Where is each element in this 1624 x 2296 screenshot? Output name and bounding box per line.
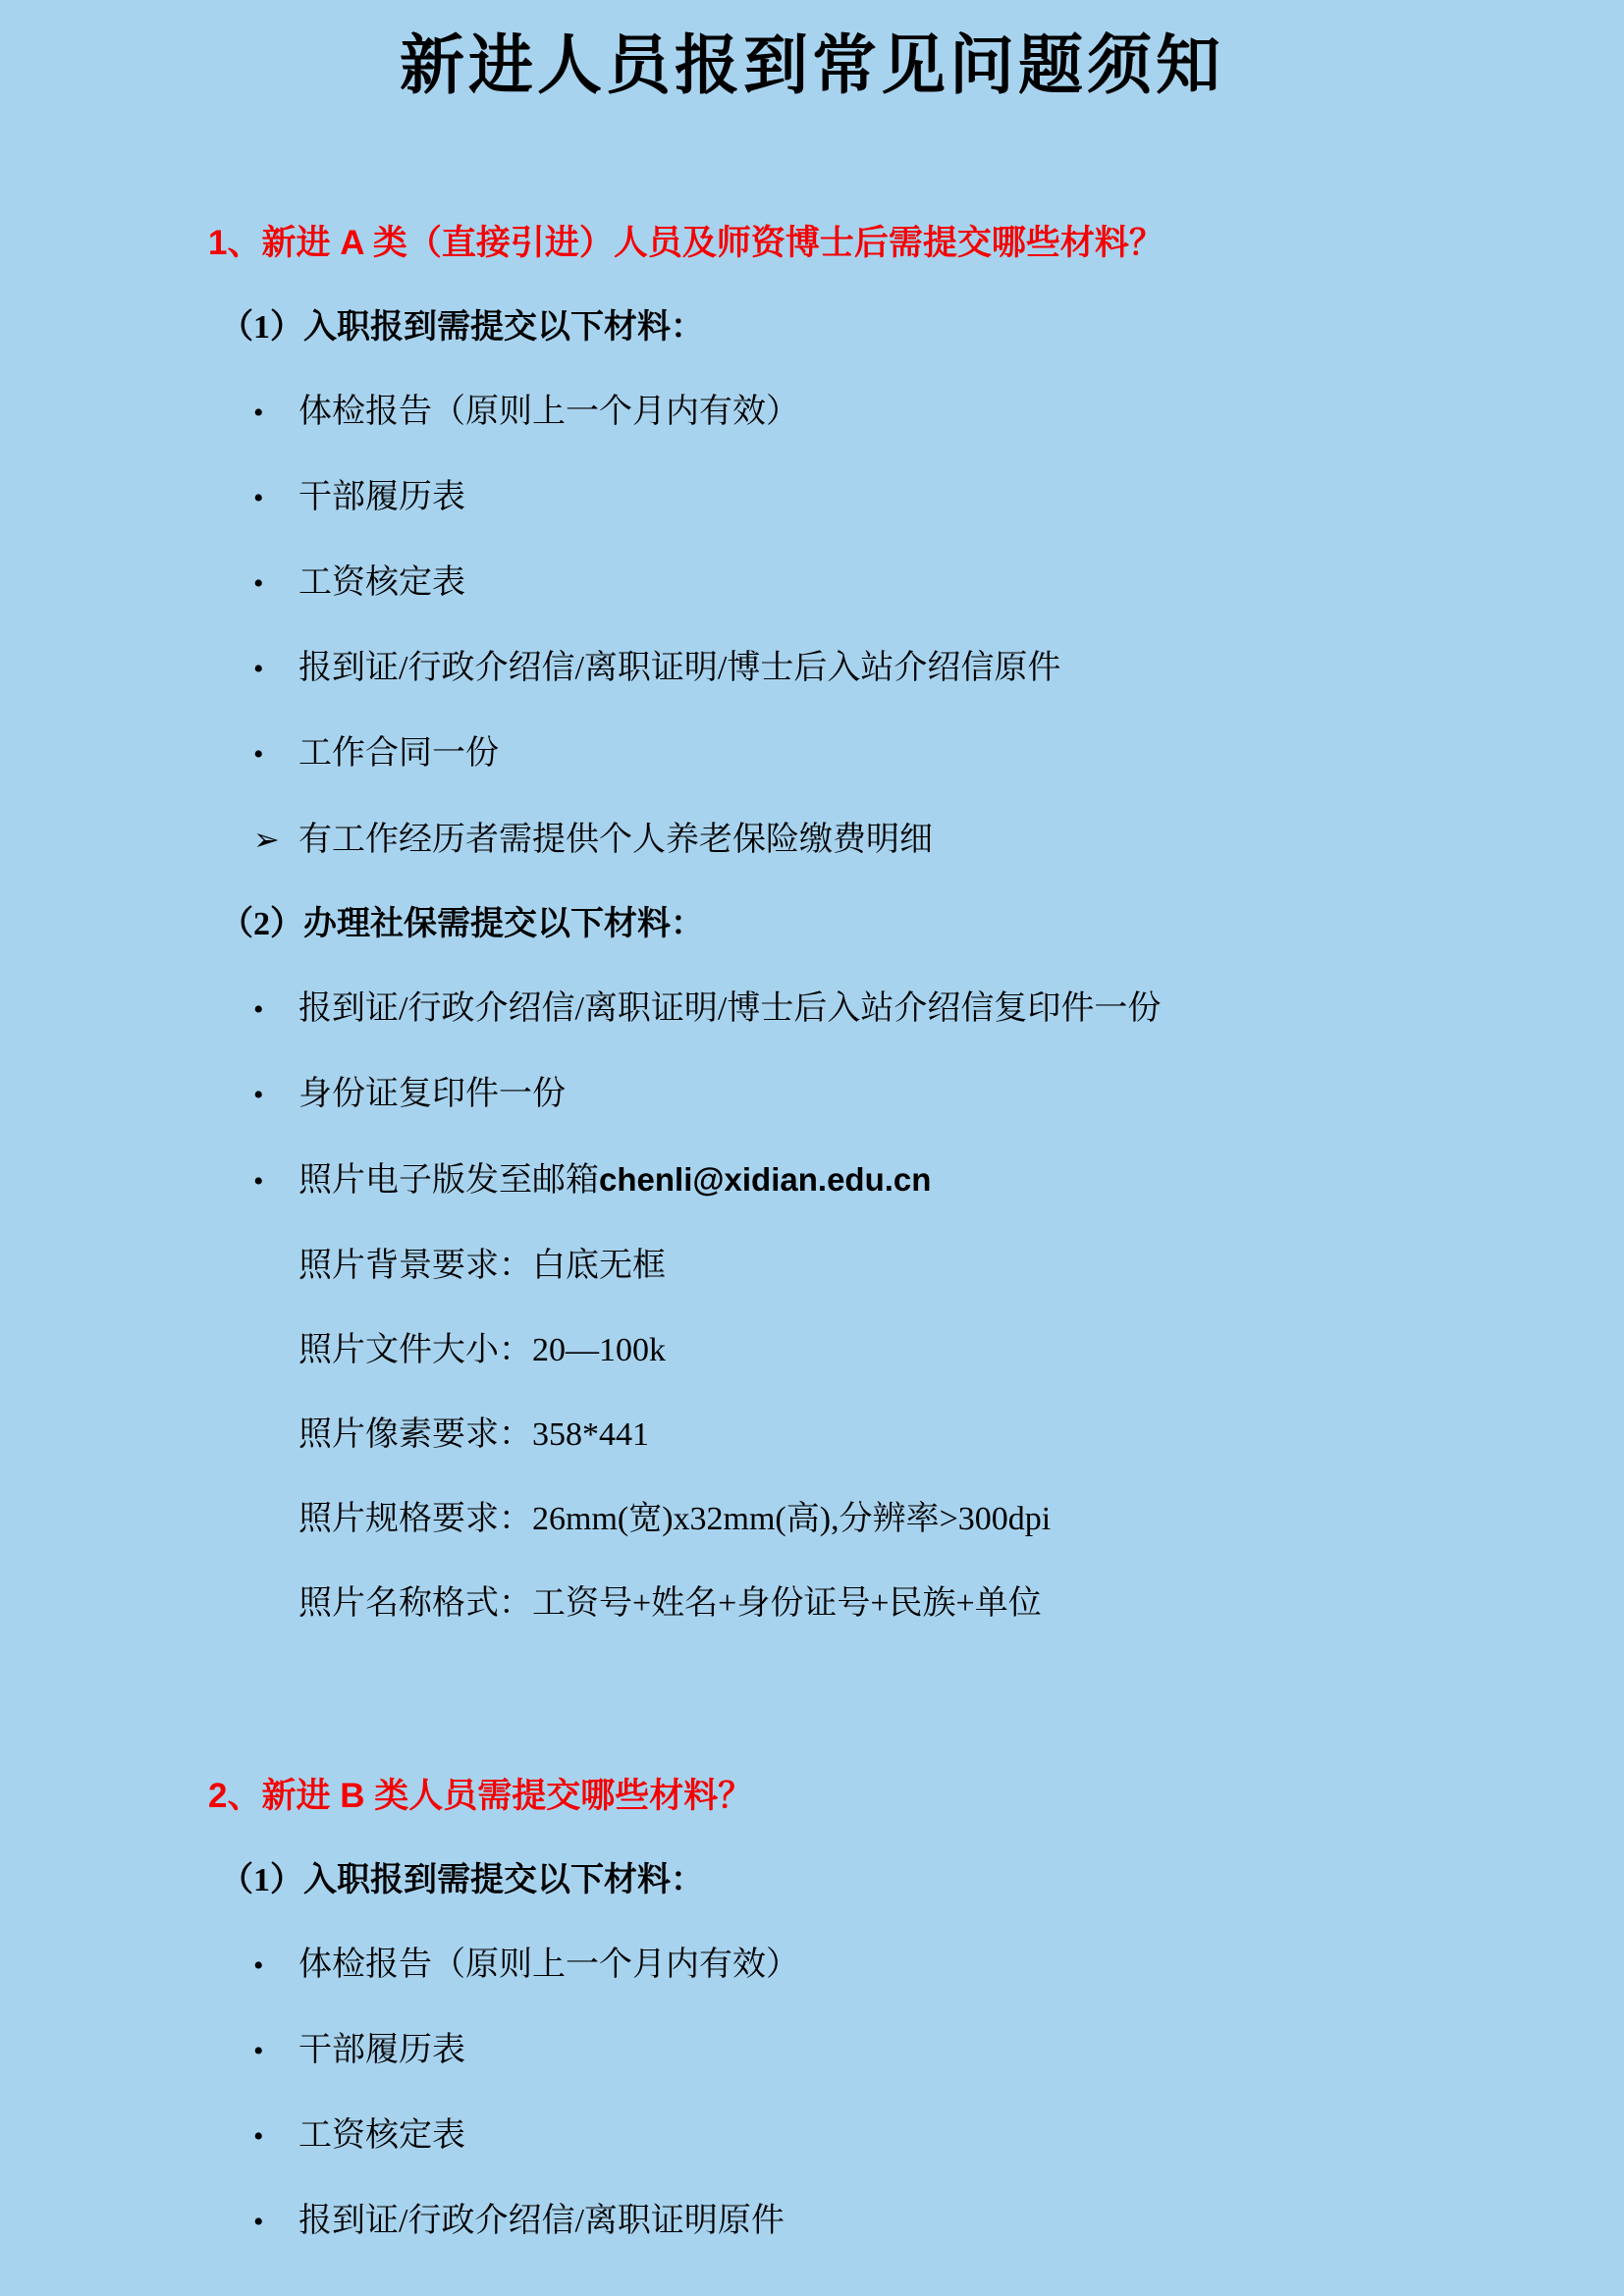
bullet-icon: • [253,990,298,1030]
photo-spec-line: 照片背景要求：白底无框 [298,1247,1624,1286]
bullet-icon: • [253,1162,298,1201]
list-item-text: 照片电子版发至邮箱 [298,1161,599,1201]
photo-spec-line: 照片像素要求：358*441 [298,1415,1624,1455]
bullet-icon: • [253,2203,298,2242]
bullet-icon: • [253,650,298,689]
bullet-icon: • [253,1947,298,1986]
section-2-heading: 2、新进 B 类人员需提交哪些材料？ [208,1777,1624,1816]
list-item-text: 干部履历表 [298,478,465,517]
list-item-text: 报到证/行政介绍信/离职证明/博士后入站介绍信复印件一份 [298,989,1161,1029]
bullet-icon: • [253,479,298,518]
list-item: • 照片电子版发至邮箱 chenli@xidian.edu.cn [253,1160,1624,1201]
list-item: • 报到证/行政介绍信/离职证明/博士后入站介绍信复印件一份 [253,989,1624,1030]
list-item: • 工资核定表 [253,563,1624,604]
bullet-icon: • [253,1076,298,1115]
list-item: • 体检报告（原则上一个月内有效） [253,1946,1624,1986]
email-text: chenli@xidian.edu.cn [599,1160,931,1200]
document-body: 1、新进 A 类（直接引进）人员及师资博士后需提交哪些材料？ （1）入职报到需提… [0,224,1624,2242]
list-item-text: 工作合同一份 [298,734,499,774]
photo-spec-line: 照片规格要求：26mm(宽)x32mm(高),分辨率>300dpi [298,1500,1624,1539]
section-1-sub-2-label: （2）办理社保需提交以下材料： [220,905,1624,944]
list-item: • 报到证/行政介绍信/离职证明/博士后入站介绍信原件 [253,649,1624,689]
bullet-icon: • [253,2117,298,2157]
list-item-text: 报到证/行政介绍信/离职证明/博士后入站介绍信原件 [298,649,1060,688]
section-2-sub-1-label: （1）入职报到需提交以下材料： [220,1861,1624,1900]
photo-spec-line: 照片文件大小：20—100k [298,1331,1624,1370]
list-item-text: 体检报告（原则上一个月内有效） [298,393,799,432]
photo-spec-line: 照片名称格式：工资号+姓名+身份证号+民族+单位 [298,1584,1624,1624]
bullet-icon: • [253,735,298,774]
list-item-text: 身份证复印件一份 [298,1075,566,1114]
document-page: 新进人员报到常见问题须知 1、新进 A 类（直接引进）人员及师资博士后需提交哪些… [0,0,1624,2296]
section-1-sub-1-label: （1）入职报到需提交以下材料： [220,308,1624,347]
list-item-text: 报到证/行政介绍信/离职证明原件 [298,2202,785,2241]
document-title: 新进人员报到常见问题须知 [0,0,1624,106]
list-item-text: 工资核定表 [298,2116,465,2156]
list-item: • 工作合同一份 [253,734,1624,774]
list-item: • 干部履历表 [253,2031,1624,2071]
list-item: • 报到证/行政介绍信/离职证明原件 [253,2202,1624,2242]
list-item: ➢ 有工作经历者需提供个人养老保险缴费明细 [253,820,1624,860]
bullet-icon: • [253,394,298,433]
bullet-icon: • [253,2032,298,2071]
list-item: • 工资核定表 [253,2116,1624,2157]
bullet-icon: • [253,564,298,604]
section-divider-space [0,1669,1624,1777]
list-item-text: 有工作经历者需提供个人养老保险缴费明细 [298,821,933,860]
list-item: • 身份证复印件一份 [253,1075,1624,1115]
list-item: • 干部履历表 [253,478,1624,518]
list-item-text: 工资核定表 [298,563,465,603]
arrow-bullet-icon: ➢ [253,820,298,859]
list-item-text: 干部履历表 [298,2031,465,2070]
section-1-heading: 1、新进 A 类（直接引进）人员及师资博士后需提交哪些材料？ [208,224,1624,263]
list-item: • 体检报告（原则上一个月内有效） [253,393,1624,433]
list-item-text: 体检报告（原则上一个月内有效） [298,1946,799,1985]
